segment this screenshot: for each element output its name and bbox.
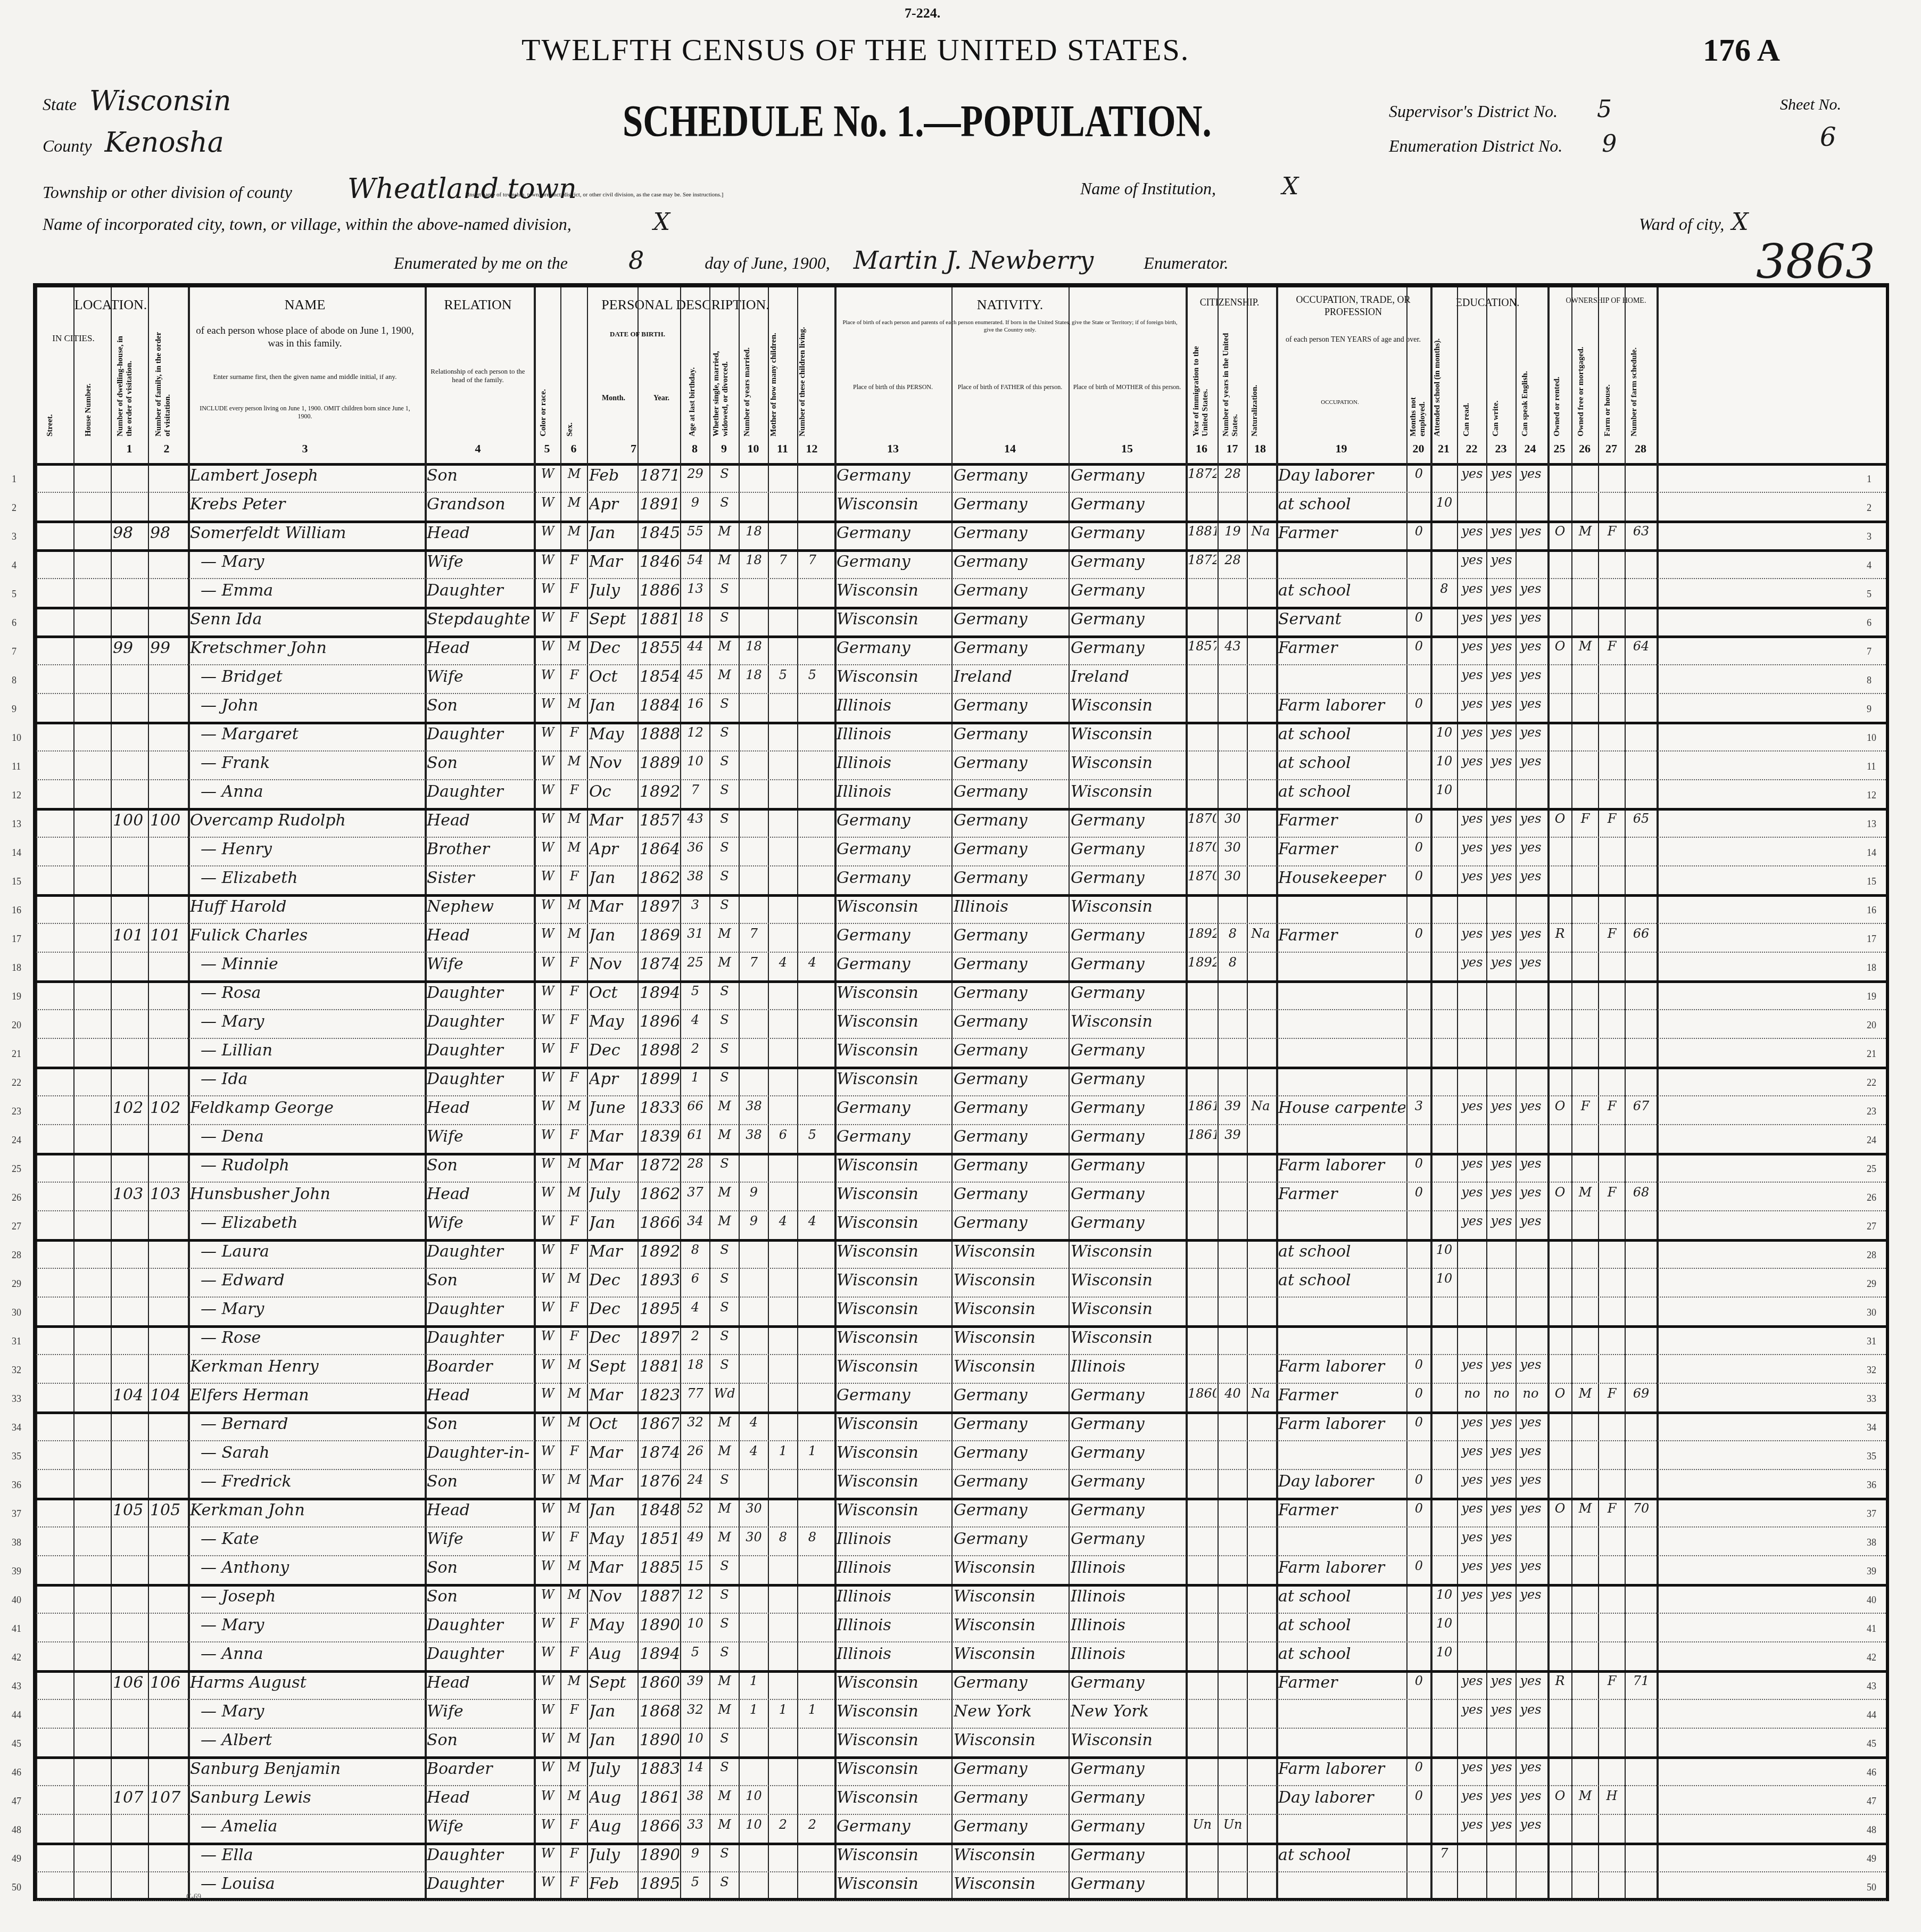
- table-header: LOCATION. IN CITIES. Street. House Numbe…: [36, 287, 1886, 466]
- cell-read: yes: [1459, 1443, 1485, 1458]
- cell-name: — Mary: [190, 1300, 432, 1318]
- cell-fm: F: [1574, 1099, 1597, 1113]
- cell-eng: yes: [1518, 667, 1544, 682]
- cell-bf: Germany: [954, 1673, 1067, 1692]
- cell-unemp: 0: [1409, 1788, 1429, 1803]
- cell-fs: 71: [1627, 1673, 1655, 1688]
- cell-bp: Germany: [837, 1099, 950, 1117]
- cell-fs: 69: [1627, 1386, 1655, 1401]
- cell-color: W: [536, 1185, 559, 1200]
- cell-name: Somerfeldt William: [190, 524, 421, 542]
- cell-mar: S: [711, 984, 738, 998]
- cell-month: July: [589, 581, 636, 600]
- cell-sex: M: [562, 639, 586, 654]
- cell-mar: Wd: [711, 1386, 738, 1401]
- line-number: 25: [1867, 1163, 1876, 1175]
- cell-rel: Son: [427, 1156, 530, 1175]
- cell-sex: F: [562, 1443, 586, 1458]
- cell-read: yes: [1459, 1788, 1485, 1803]
- cell-age: 6: [682, 1271, 708, 1286]
- cell-age: 15: [682, 1558, 708, 1573]
- cell-ym: 38: [741, 1099, 767, 1113]
- cell-mar: M: [711, 1788, 738, 1803]
- cell-bm: Germany: [1071, 639, 1185, 657]
- line-number: 31: [12, 1336, 21, 1347]
- cell-read: yes: [1459, 1530, 1485, 1545]
- cell-sex: M: [562, 1760, 586, 1774]
- cell-mar: S: [711, 1242, 738, 1257]
- cell-occ: at school: [1278, 495, 1405, 514]
- line-number: 31: [1867, 1336, 1876, 1347]
- cell-imm: 1860: [1188, 1386, 1216, 1401]
- table-row: 2020— MaryDaughterWFMay18964SWisconsinGe…: [36, 1009, 1886, 1039]
- cell-sex: M: [562, 1415, 586, 1430]
- cell-sex: M: [562, 811, 586, 826]
- cell-rel: Boarder: [427, 1760, 530, 1778]
- cell-age: 77: [682, 1386, 708, 1401]
- relation-description: Relationship of each person to the head …: [427, 367, 528, 385]
- cell-read: yes: [1459, 667, 1485, 682]
- cell-year: 1846: [640, 552, 679, 571]
- line-number: 36: [1867, 1480, 1876, 1491]
- cell-eng: yes: [1518, 696, 1544, 711]
- table-row: 55— EmmaDaughterWFJuly188613SWisconsinGe…: [36, 578, 1886, 609]
- line-number: 2: [1867, 502, 1872, 514]
- cell-sex: F: [562, 1213, 586, 1228]
- cell-bp: Germany: [837, 840, 950, 858]
- cell-read: yes: [1459, 696, 1485, 711]
- line-number: 49: [12, 1853, 21, 1864]
- cell-rel: Stepdaughter: [427, 610, 530, 629]
- cell-year: 1854: [640, 667, 679, 686]
- cell-rel: Daughter: [427, 1041, 530, 1060]
- cell-eng: yes: [1518, 1443, 1544, 1458]
- cell-bp: Illinois: [837, 1587, 950, 1606]
- cell-fs: 70: [1627, 1501, 1655, 1516]
- cell-own: O: [1550, 1185, 1570, 1200]
- cell-year: 1881: [640, 610, 679, 629]
- cell-own: R: [1550, 926, 1570, 941]
- cell-mc: 2: [770, 1817, 796, 1832]
- cell-bp: Germany: [837, 552, 950, 571]
- table-row: 3030— MaryDaughterWFDec18954SWisconsinWi…: [36, 1297, 1886, 1328]
- cell-read: yes: [1459, 1185, 1485, 1200]
- institution-field: Name of Institution, X: [1080, 173, 1298, 200]
- cell-bf: Germany: [954, 811, 1067, 830]
- cell-bm: Germany: [1071, 1673, 1185, 1692]
- cell-year: 1857: [640, 811, 679, 830]
- cell-bp: Germany: [837, 524, 950, 542]
- line-number: 19: [1867, 991, 1876, 1002]
- cell-read: yes: [1459, 610, 1485, 625]
- cell-sex: F: [562, 1127, 586, 1142]
- table-row: 4444— MaryWifeWFJan186832M111WisconsinNe…: [36, 1699, 1886, 1729]
- column-number: 14: [951, 442, 1069, 456]
- cell-month: Feb: [589, 1875, 636, 1893]
- cell-eng: yes: [1518, 1156, 1544, 1171]
- enumerator-name: Martin J. Newberry: [854, 246, 1094, 275]
- cell-bp: Wisconsin: [837, 581, 950, 600]
- cell-occ: Farmer: [1278, 926, 1405, 945]
- column-number: 24: [1516, 442, 1545, 456]
- cell-read: yes: [1459, 1357, 1485, 1372]
- cell-bf: Germany: [954, 1788, 1067, 1807]
- cell-sex: F: [562, 1300, 586, 1315]
- cell-color: W: [536, 1645, 559, 1659]
- cell-own: O: [1550, 1386, 1570, 1401]
- cell-mar: S: [711, 1587, 738, 1602]
- cell-mar: S: [711, 1846, 738, 1861]
- cell-sex: F: [562, 1041, 586, 1056]
- cell-sex: F: [562, 610, 586, 625]
- column-number: 15: [1069, 442, 1186, 456]
- cell-year: 1897: [640, 897, 679, 916]
- enumerated-label: Enumerated by me on the: [394, 253, 568, 273]
- cell-sex: F: [562, 984, 586, 998]
- cell-sex: M: [562, 840, 586, 855]
- line-number: 22: [12, 1077, 21, 1088]
- cell-bf: Wisconsin: [954, 1645, 1067, 1663]
- cell-rel: Daughter: [427, 1645, 530, 1663]
- cell-yus: 40: [1220, 1386, 1246, 1401]
- cell-bf: Wisconsin: [954, 1616, 1067, 1634]
- cell-month: Feb: [589, 466, 636, 485]
- cell-fam: 102: [150, 1099, 184, 1117]
- cell-fs: 65: [1627, 811, 1655, 826]
- cell-rel: Wife: [427, 1817, 530, 1836]
- cell-bf: Germany: [954, 1386, 1067, 1405]
- cell-month: May: [589, 725, 636, 744]
- cell-age: 32: [682, 1702, 708, 1717]
- cell-bm: Illinois: [1071, 1587, 1185, 1606]
- cell-imm: 1892: [1188, 926, 1216, 941]
- cell-read: yes: [1459, 524, 1485, 539]
- cell-name: — John: [190, 696, 432, 715]
- table-row: 66Senn IdaStepdaughterWFSept188118SWisco…: [36, 607, 1886, 638]
- cell-bm: Illinois: [1071, 1616, 1185, 1634]
- cell-color: W: [536, 696, 559, 711]
- cell-rel: Head: [427, 1788, 530, 1807]
- cell-year: 1851: [640, 1530, 679, 1548]
- line-number: 11: [1867, 761, 1876, 772]
- cell-eng: yes: [1518, 754, 1544, 769]
- cell-bm: Germany: [1071, 1788, 1185, 1807]
- cell-write: yes: [1488, 869, 1514, 884]
- cell-fam: 101: [150, 926, 184, 945]
- cell-bm: Germany: [1071, 1443, 1185, 1462]
- cell-month: Jan: [589, 869, 636, 887]
- cell-bf: Germany: [954, 1760, 1067, 1778]
- cell-sex: F: [562, 1530, 586, 1545]
- cell-fam: 100: [150, 811, 184, 830]
- cell-rel: Daughter: [427, 1070, 530, 1088]
- cell-color: W: [536, 1501, 559, 1516]
- cell-color: W: [536, 869, 559, 884]
- cell-age: 14: [682, 1760, 708, 1774]
- cell-write: yes: [1488, 840, 1514, 855]
- cell-rel: Son: [427, 754, 530, 772]
- cell-month: Mar: [589, 1558, 636, 1577]
- cell-unemp: 0: [1409, 524, 1429, 539]
- cell-mar: M: [711, 1127, 738, 1142]
- cell-mar: S: [711, 1472, 738, 1487]
- cell-rel: Daughter: [427, 1616, 530, 1634]
- cell-occ: Farm laborer: [1278, 1558, 1405, 1577]
- line-number: 13: [12, 819, 21, 830]
- cell-bp: Germany: [837, 926, 950, 945]
- line-number: 27: [12, 1221, 21, 1232]
- dwelling-number-heading: Number of dwelling-house, in the order o…: [116, 325, 134, 436]
- cell-bp: Wisconsin: [837, 1357, 950, 1376]
- cell-sex: F: [562, 1616, 586, 1631]
- table-row: 4545— AlbertSonWMJan189010SWisconsinWisc…: [36, 1728, 1886, 1759]
- cell-occ: at school: [1278, 1242, 1405, 1261]
- cell-yus: 8: [1220, 926, 1246, 941]
- cell-unemp: 0: [1409, 840, 1429, 855]
- cell-month: June: [589, 1099, 636, 1117]
- cell-color: W: [536, 1530, 559, 1545]
- sheet-label: Sheet No.: [1780, 96, 1841, 114]
- cell-bm: Wisconsin: [1071, 725, 1185, 744]
- line-number: 12: [1867, 790, 1876, 801]
- cell-mar: S: [711, 495, 738, 510]
- cell-imm: 1861: [1188, 1099, 1216, 1113]
- cell-rel: Daughter: [427, 1846, 530, 1864]
- cell-color: W: [536, 1300, 559, 1315]
- cell-ym: 4: [741, 1415, 767, 1430]
- cell-bf: Germany: [954, 1501, 1067, 1520]
- cell-color: W: [536, 1587, 559, 1602]
- cell-name: — Dena: [190, 1127, 432, 1146]
- cell-rel: Brother: [427, 840, 530, 858]
- cell-age: 5: [682, 984, 708, 998]
- cell-fam: 99: [150, 639, 184, 657]
- cell-bp: Wisconsin: [837, 897, 950, 916]
- cell-bm: Germany: [1071, 811, 1185, 830]
- cell-yus: 39: [1220, 1099, 1246, 1113]
- ownership-heading: OWNERSHIP OF HOME.: [1547, 297, 1665, 306]
- table-row: 4343106106Harms AugustHeadWMSept186039M1…: [36, 1670, 1886, 1700]
- cell-year: 1881: [640, 1357, 679, 1376]
- cell-age: 5: [682, 1875, 708, 1889]
- cell-eng: yes: [1518, 869, 1544, 884]
- immigration-heading: Year of immigration to the United States…: [1192, 325, 1210, 436]
- cell-imm: 1870: [1188, 840, 1216, 855]
- cell-year: 1884: [640, 696, 679, 715]
- line-number: 14: [1867, 847, 1876, 858]
- table-row: 44— MaryWifeWFMar184654M1877GermanyGerma…: [36, 549, 1886, 579]
- cell-mar: M: [711, 524, 738, 539]
- cell-write: yes: [1488, 811, 1514, 826]
- table-row: 1717101101Fulick CharlesHeadWMJan186931M…: [36, 923, 1886, 953]
- line-number: 28: [1867, 1250, 1876, 1261]
- cell-bm: Germany: [1071, 1530, 1185, 1548]
- cell-bp: Illinois: [837, 782, 950, 801]
- cell-eng: yes: [1518, 1472, 1544, 1487]
- cell-imm: 1881: [1188, 524, 1216, 539]
- cell-bf: Wisconsin: [954, 1271, 1067, 1290]
- cell-age: 26: [682, 1443, 708, 1458]
- cell-year: 1899: [640, 1070, 679, 1088]
- cell-mc: 4: [770, 1213, 796, 1228]
- cell-occ: Farmer: [1278, 840, 1405, 858]
- cell-bm: Germany: [1071, 1415, 1185, 1433]
- cell-eng: yes: [1518, 725, 1544, 740]
- cell-ym: 10: [741, 1788, 767, 1803]
- cell-rel: Wife: [427, 1127, 530, 1146]
- cell-occ: Farmer: [1278, 639, 1405, 657]
- cell-occ: Farm laborer: [1278, 1357, 1405, 1376]
- cell-mar: M: [711, 1501, 738, 1516]
- line-number: 2: [12, 502, 16, 514]
- cell-age: 38: [682, 1788, 708, 1803]
- cell-imm: 1870: [1188, 811, 1216, 826]
- cell-occ: Farmer: [1278, 524, 1405, 542]
- cell-bm: Wisconsin: [1071, 1731, 1185, 1749]
- cell-name: Hunsbusher John: [190, 1185, 421, 1203]
- line-number: 6: [1867, 617, 1872, 629]
- cell-write: yes: [1488, 1099, 1514, 1113]
- cell-occ: Farm laborer: [1278, 696, 1405, 715]
- cell-bf: Germany: [954, 1127, 1067, 1146]
- table-row: 2828— LauraDaughterWFMar18928SWisconsinW…: [36, 1239, 1886, 1269]
- cell-mar: S: [711, 1875, 738, 1889]
- table-row: 4141— MaryDaughterWFMay189010SIllinoisWi…: [36, 1613, 1886, 1642]
- column-number: 3: [188, 442, 422, 456]
- cell-name: — Bridget: [190, 667, 432, 686]
- line-number: 4: [12, 560, 16, 571]
- cell-name: — Ida: [190, 1070, 432, 1088]
- cell-mar: M: [711, 1817, 738, 1832]
- column-number: 2: [148, 442, 185, 456]
- free-mortgaged-heading: Owned free or mortgaged.: [1577, 325, 1586, 436]
- cell-month: Nov: [589, 1587, 636, 1606]
- cell-imm: 1872: [1188, 466, 1216, 481]
- cell-name: Elfers Herman: [190, 1386, 421, 1405]
- naturalization-heading: Naturalization.: [1251, 362, 1260, 436]
- cell-write: no: [1488, 1386, 1514, 1401]
- cell-year: 1848: [640, 1501, 679, 1520]
- cell-nat: Na: [1249, 524, 1272, 539]
- cell-name: Krebs Peter: [190, 495, 421, 514]
- cell-bp: Germany: [837, 955, 950, 973]
- cell-write: yes: [1488, 754, 1514, 769]
- cell-ym: 18: [741, 667, 767, 682]
- cell-fam: 104: [150, 1386, 184, 1405]
- line-number: 4: [1867, 560, 1872, 571]
- cell-bp: Wisconsin: [837, 1271, 950, 1290]
- cell-mar: S: [711, 1357, 738, 1372]
- cell-bf: Germany: [954, 1415, 1067, 1433]
- cell-sch: 10: [1433, 1271, 1456, 1286]
- cell-bf: Wisconsin: [954, 1731, 1067, 1749]
- cell-write: yes: [1488, 667, 1514, 682]
- cell-sex: M: [562, 1271, 586, 1286]
- cell-yus: 19: [1220, 524, 1246, 539]
- cell-cl: 7: [799, 552, 825, 567]
- cell-age: 2: [682, 1041, 708, 1056]
- cell-name: Huff Harold: [190, 897, 421, 916]
- cell-occ: at school: [1278, 1616, 1405, 1634]
- cell-read: yes: [1459, 1587, 1485, 1602]
- cell-eng: yes: [1518, 811, 1544, 826]
- cell-bf: Wisconsin: [954, 1357, 1067, 1376]
- ward-label: Ward of city,: [1639, 214, 1724, 234]
- cell-imm: 1872: [1188, 552, 1216, 567]
- cell-sex: M: [562, 1673, 586, 1688]
- cell-fs: 67: [1627, 1099, 1655, 1113]
- cell-ym: 1: [741, 1702, 767, 1717]
- cell-month: Mar: [589, 1443, 636, 1462]
- line-number: 29: [12, 1278, 21, 1290]
- cell-sex: M: [562, 1386, 586, 1401]
- cell-cl: 5: [799, 667, 825, 682]
- cell-bp: Wisconsin: [837, 1501, 950, 1520]
- cell-month: Oct: [589, 667, 636, 686]
- cell-month: Aug: [589, 1788, 636, 1807]
- cell-age: 16: [682, 696, 708, 711]
- cell-bf: Germany: [954, 1443, 1067, 1462]
- cell-sex: F: [562, 1875, 586, 1889]
- line-number: 43: [12, 1681, 21, 1692]
- cell-rel: Grandson: [427, 495, 530, 514]
- cell-age: 34: [682, 1213, 708, 1228]
- cell-year: 1872: [640, 1156, 679, 1175]
- cell-age: 38: [682, 869, 708, 884]
- cell-sch: 10: [1433, 725, 1456, 740]
- cell-age: 3: [682, 897, 708, 912]
- cell-fs: 66: [1627, 926, 1655, 941]
- cell-sex: M: [562, 495, 586, 510]
- cell-mar: S: [711, 897, 738, 912]
- farm-schedule-heading: Number of farm schedule.: [1630, 325, 1639, 436]
- column-number: 13: [834, 442, 951, 456]
- line-number: 13: [1867, 819, 1876, 830]
- line-number: 39: [12, 1566, 21, 1577]
- table-row: 1010— MargaretDaughterWFMay188812SIllino…: [36, 722, 1886, 752]
- cell-fh: F: [1600, 811, 1624, 826]
- schedule-title: SCHEDULE No. 1.—POPULATION.: [623, 96, 1212, 147]
- cell-mar: S: [711, 1328, 738, 1343]
- cell-unemp: 0: [1409, 639, 1429, 654]
- line-number: 26: [1867, 1192, 1876, 1203]
- cell-mar: S: [711, 581, 738, 596]
- cell-write: yes: [1488, 696, 1514, 711]
- birth-mother-heading: Place of birth of MOTHER of this person.: [1069, 383, 1186, 391]
- cell-sex: M: [562, 1099, 586, 1113]
- cell-bp: Illinois: [837, 1645, 950, 1663]
- cell-fh: F: [1600, 1673, 1624, 1688]
- cell-age: 43: [682, 811, 708, 826]
- cell-name: Harms August: [190, 1673, 421, 1692]
- cell-unemp: 0: [1409, 610, 1429, 625]
- cell-year: 1897: [640, 1328, 679, 1347]
- cell-dw: 98: [113, 524, 147, 542]
- cell-bp: Germany: [837, 869, 950, 887]
- cell-bf: Germany: [954, 639, 1067, 657]
- line-number: 44: [12, 1710, 21, 1721]
- line-number: 39: [1867, 1566, 1876, 1577]
- cell-color: W: [536, 1156, 559, 1171]
- attended-school-heading: Attended school (in months).: [1433, 325, 1442, 436]
- cell-eng: yes: [1518, 639, 1544, 654]
- page-stamp: 176 A: [1703, 32, 1780, 69]
- cell-write: yes: [1488, 955, 1514, 970]
- cell-year: 1871: [640, 466, 679, 485]
- line-number: 32: [12, 1365, 21, 1376]
- cell-bm: Germany: [1071, 1041, 1185, 1060]
- cell-sex: F: [562, 581, 586, 596]
